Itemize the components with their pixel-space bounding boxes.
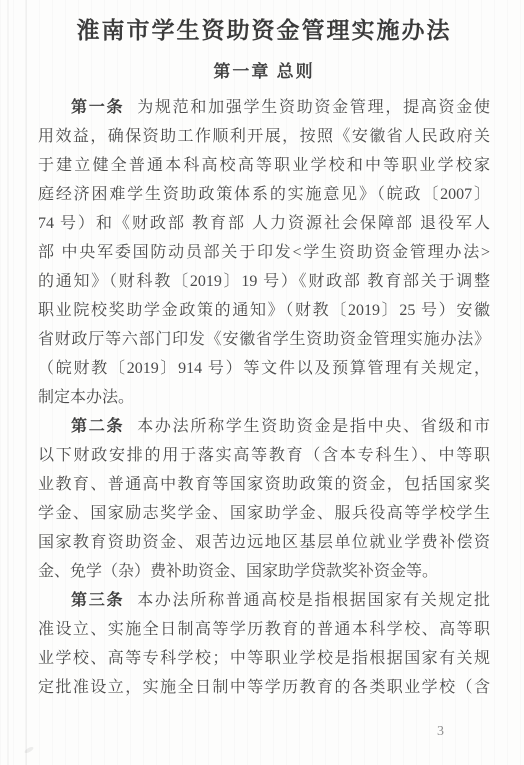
text-line: 的通知》（财科教〔2019〕19 号）《财政部 教育部关于调整 (38, 267, 490, 296)
paragraph-article-1: 第一条为规范和加强学生资助资金管理，提高资金使 用效益，确保资助工作顺利开展，按… (38, 93, 490, 412)
text-run: 本办法所称学生资助资金是指中央、省级和市 (137, 418, 490, 435)
text-line: 金、免学（杂）费补助资金、国家助学贷款奖补资金等。 (38, 557, 490, 586)
text-line: 第一条为规范和加强学生资助资金管理，提高资金使 (38, 93, 490, 122)
article-number: 第一条 (71, 99, 124, 116)
document-body: 第一条为规范和加强学生资助资金管理，提高资金使 用效益，确保资助工作顺利开展，按… (38, 93, 490, 702)
paragraph-article-3: 第三条本办法所称普通高校是指根据国家有关规定批 准设立、实施全日制高等学历教育的… (38, 586, 490, 702)
chapter-heading: 第一章 总则 (38, 60, 490, 84)
text-line: 省财政厅等六部门印发《安徽省学生资助资金管理实施办法》 (38, 325, 490, 354)
text-line: 业教育、普通高中教育等国家资助政策的资金，包括国家奖 (38, 470, 490, 499)
text-line: （皖财教〔2019〕914 号）等文件以及预算管理有关规定， (38, 354, 490, 383)
text-line: 学金、国家励志奖学金、国家助学金、服兵役高等学校学生 (38, 499, 490, 528)
text-line: 以下财政安排的用于落实高等教育（含本专科生）、中等职 (38, 441, 490, 470)
text-line: 业学校、高等专科学校；中等职业学校是指根据国家有关规 (38, 644, 490, 673)
text-line: 74 号）和《财政部 教育部 人力资源社会保障部 退役军人 (38, 209, 490, 238)
text-line: 用效益，确保资助工作顺利开展，按照《安徽省人民政府关 (38, 122, 490, 151)
document-content: 淮南市学生资助资金管理实施办法 第一章 总则 第一条为规范和加强学生资助资金管理… (38, 0, 490, 702)
text-line: 于建立健全普通本科高校高等职业学校和中等职业学校家 (38, 151, 490, 180)
text-line: 国家教育资助资金、艰苦边远地区基层单位就业学费补偿资 (38, 528, 490, 557)
text-line: 庭经济困难学生资助政策体系的实施意见》（皖政〔2007〕 (38, 180, 490, 209)
paragraph-article-2: 第二条本办法所称学生资助资金是指中央、省级和市 以下财政安排的用于落实高等教育（… (38, 412, 490, 586)
scan-artifact-streak (7, 0, 9, 765)
text-line: 定批准设立，实施全日制中等学历教育的各类职业学校（含 (38, 673, 490, 702)
text-line: 职业院校奖助学金政策的通知》（财教〔2019〕25 号）安徽 (38, 296, 490, 325)
text-run: 本办法所称普通高校是指根据国家有关规定批 (137, 592, 490, 609)
text-run: 为规范和加强学生资助资金管理，提高资金使 (137, 99, 490, 116)
scan-artifact-streak (25, 0, 27, 765)
text-line: 第二条本办法所称学生资助资金是指中央、省级和市 (38, 412, 490, 441)
article-number: 第二条 (71, 418, 124, 435)
text-line: 制定本办法。 (38, 383, 490, 412)
scanned-document-page: 淮南市学生资助资金管理实施办法 第一章 总则 第一条为规范和加强学生资助资金管理… (0, 0, 524, 765)
text-line: 第三条本办法所称普通高校是指根据国家有关规定批 (38, 586, 490, 615)
text-line: 部 中央军委国防动员部关于印发<学生资助资金管理办法> (38, 238, 490, 267)
document-title: 淮南市学生资助资金管理实施办法 (38, 15, 490, 47)
text-line: 准设立、实施全日制高等学历教育的普通本科学校、高等职 (38, 615, 490, 644)
article-number: 第三条 (71, 592, 124, 609)
page-number: 3 (437, 722, 444, 742)
